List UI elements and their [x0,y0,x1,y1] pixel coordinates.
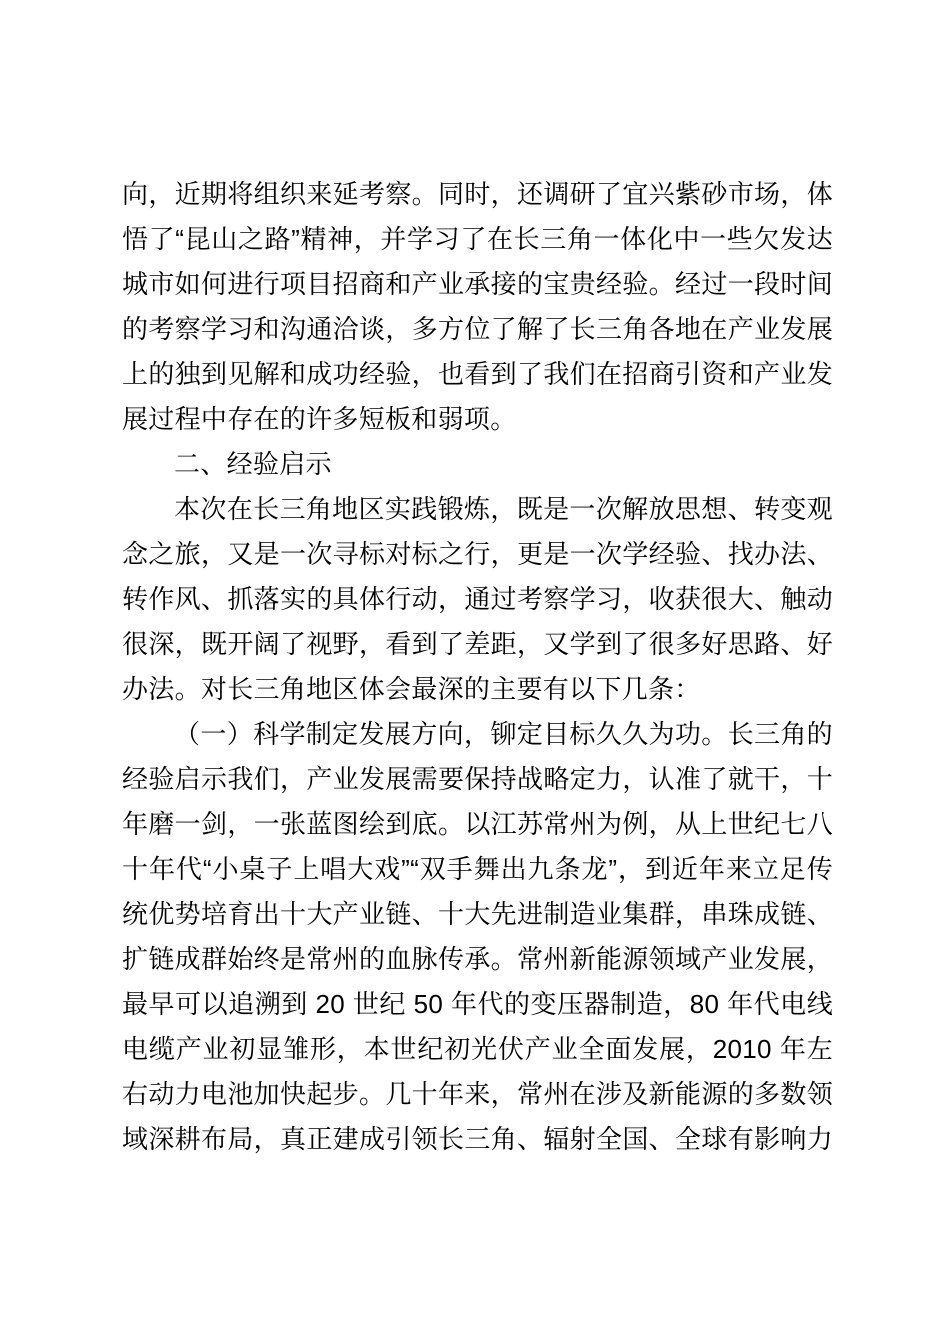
text-line: （一）科学制定发展方向，铆定目标久久为功。长三角的 [122,712,833,757]
text-line: 最早可以追溯到 20 世纪 50 年代的变压器制造，80 年代电线 [122,982,833,1027]
text-line: 办法。对长三角地区体会最深的主要有以下几条： [122,667,833,712]
text-line: 城市如何进行项目招商和产业承接的宝贵经验。经过一段时间 [122,262,833,307]
text-line: 经验启示我们，产业发展需要保持战略定力，认准了就干，十 [122,757,833,802]
text-line: 电缆产业初显雏形，本世纪初光伏产业全面发展，2010 年左 [122,1027,833,1072]
text-line: 上的独到见解和成功经验，也看到了我们在招商引资和产业发 [122,352,833,397]
document-page: 向，近期将组织来延考察。同时，还调研了宜兴紫砂市场，体悟了“昆山之路”精神，并学… [0,0,950,1344]
text-line: 向，近期将组织来延考察。同时，还调研了宜兴紫砂市场，体 [122,172,833,217]
text-line: 十年代“小桌子上唱大戏”“双手舞出九条龙”，到近年来立足传 [122,847,833,892]
document-body: 向，近期将组织来延考察。同时，还调研了宜兴紫砂市场，体悟了“昆山之路”精神，并学… [122,172,833,1162]
text-line: 二、经验启示 [122,442,833,487]
text-line: 念之旅，又是一次寻标对标之行，更是一次学经验、找办法、 [122,532,833,577]
text-line: 本次在长三角地区实践锻炼，既是一次解放思想、转变观 [122,487,833,532]
text-line: 年磨一剑，一张蓝图绘到底。以江苏常州为例，从上世纪七八 [122,802,833,847]
text-line: 域深耕布局，真正建成引领长三角、辐射全国、全球有影响力 [122,1117,833,1162]
text-line: 很深，既开阔了视野，看到了差距，又学到了很多好思路、好 [122,622,833,667]
text-line: 悟了“昆山之路”精神，并学习了在长三角一体化中一些欠发达 [122,217,833,262]
text-line: 扩链成群始终是常州的血脉传承。常州新能源领域产业发展， [122,937,833,982]
text-line: 展过程中存在的许多短板和弱项。 [122,397,833,442]
text-line: 右动力电池加快起步。几十年来，常州在涉及新能源的多数领 [122,1072,833,1117]
text-line: 转作风、抓落实的具体行动，通过考察学习，收获很大、触动 [122,577,833,622]
text-line: 统优势培育出十大产业链、十大先进制造业集群，串珠成链、 [122,892,833,937]
text-line: 的考察学习和沟通洽谈，多方位了解了长三角各地在产业发展 [122,307,833,352]
